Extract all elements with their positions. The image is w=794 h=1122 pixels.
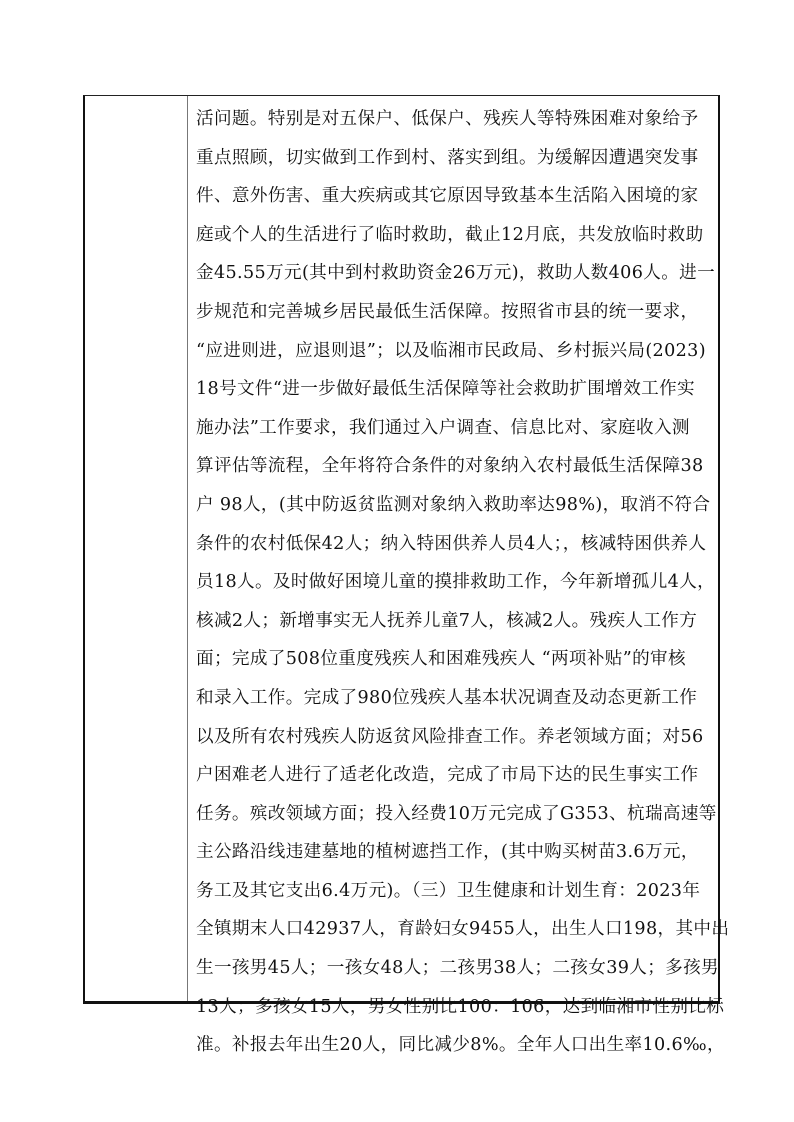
text-line: 任务。殡改领域方面；投入经费10万元完成了G353、杭瑞高速等: [196, 795, 729, 834]
text-line: 主公路沿线违建墓地的植树遮挡工作，(其中购买树苗3.6万元，: [196, 833, 729, 872]
text-line: 生一孩男45人；一孩女48人；二孩男38人；二孩女39人；多孩男: [196, 949, 729, 988]
text-line: 18号文件“进一步做好最低生活保障等社会救助扩围增效工作实: [196, 370, 729, 409]
text-line: 13人；多孩女15人，男女性别比100：106，达到临湘市性别比标: [196, 988, 729, 1027]
text-line: 金45.55万元(其中到村救助资金26万元)，救助人数406人。进一: [196, 254, 729, 293]
text-line: 庭或个人的生活进行了临时救助，截止12月底，共发放临时救助: [196, 216, 729, 255]
text-line: 户 98人，(其中防返贫监测对象纳入救助率达98%)，取消不符合: [196, 486, 729, 525]
document-table: 活问题。特别是对五保户、低保户、残疾人等特殊困难对象给予 重点照顾，切实做到工作…: [83, 95, 720, 1004]
text-line: 和录入工作。完成了980位残疾人基本状况调查及动态更新工作: [196, 679, 729, 718]
text-line: 算评估等流程，全年将符合条件的对象纳入农村最低生活保障38: [196, 447, 729, 486]
text-line: 步规范和完善城乡居民最低生活保障。按照省市县的统一要求，: [196, 293, 729, 332]
text-line: 户困难老人进行了适老化改造，完成了市局下达的民生事实工作: [196, 756, 729, 795]
text-line: 面；完成了508位重度残疾人和困难残疾人 “两项补贴”的审核: [196, 640, 729, 679]
text-line: “应进则进，应退则退”；以及临湘市民政局、乡村振兴局(2023): [196, 332, 729, 371]
text-line: 活问题。特别是对五保户、低保户、残疾人等特殊困难对象给予: [196, 100, 729, 139]
text-line: 员18人。及时做好困境儿童的摸排救助工作，今年新增孤儿4人，: [196, 563, 729, 602]
text-line: 准。补报去年出生20人，同比减少8%。全年人口出生率10.6‰，: [196, 1026, 729, 1065]
text-line: 施办法”工作要求，我们通过入户调查、信息比对、家庭收入测: [196, 409, 729, 448]
text-line: 重点照顾，切实做到工作到村、落实到组。为缓解因遭遇突发事: [196, 139, 729, 178]
text-line: 以及所有农村残疾人防返贫风险排查工作。养老领域方面；对56: [196, 718, 729, 757]
text-line: 务工及其它支出6.4万元)。（三）卫生健康和计划生育：2023年: [196, 872, 729, 911]
text-line: 核减2人；新增事实无人抚养儿童7人，核减2人。残疾人工作方: [196, 602, 729, 641]
text-line: 条件的农村低保42人；纳入特困供养人员4人；，核减特困供养人: [196, 525, 729, 564]
text-line: 全镇期末人口42937人，育龄妇女9455人，出生人口198，其中出: [196, 910, 729, 949]
table-left-cell: [85, 96, 188, 1001]
text-line: 件、意外伤害、重大疾病或其它原因导致基本生活陷入困境的家: [196, 177, 729, 216]
table-content-cell: 活问题。特别是对五保户、低保户、残疾人等特殊困难对象给予 重点照顾，切实做到工作…: [188, 96, 735, 1001]
